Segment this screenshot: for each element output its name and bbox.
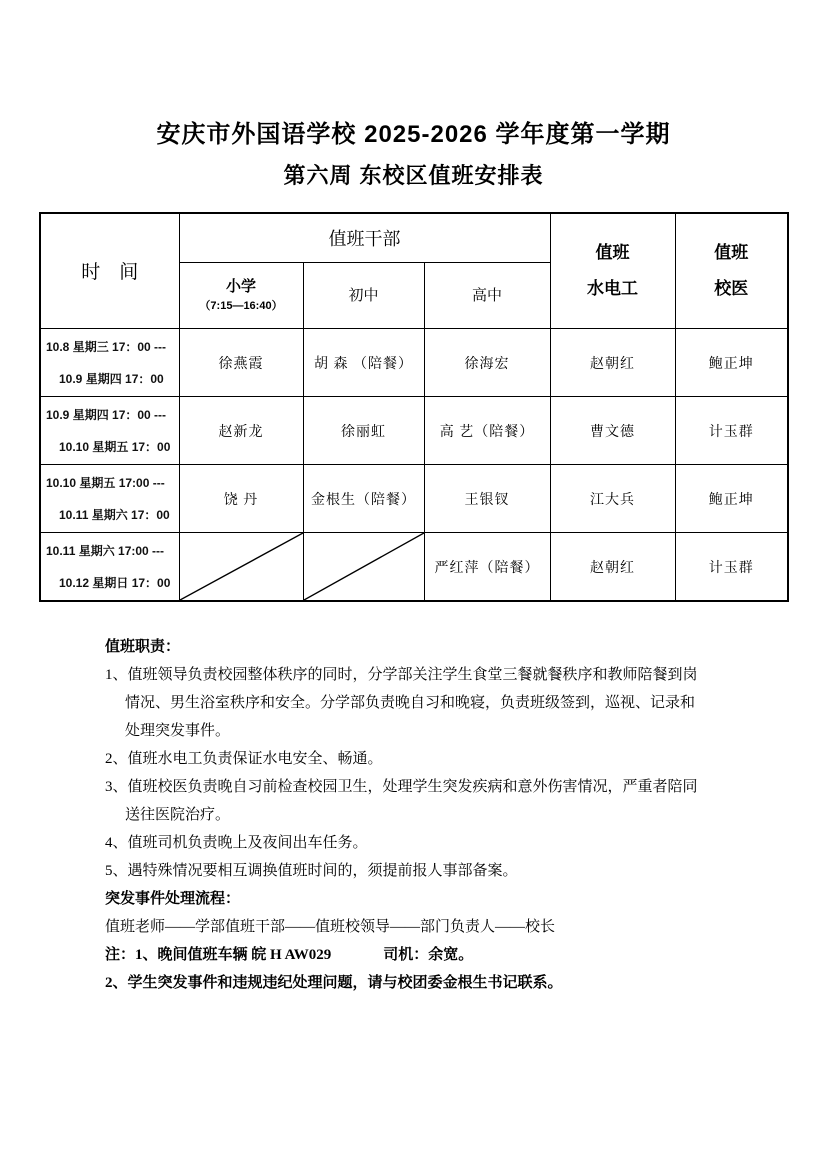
time-line2: 10.10 星期五 17：00 — [46, 438, 177, 455]
electrician-duty-cell: 赵朝红 — [550, 533, 675, 602]
time-cell: 10.11 星期六 17:00 --- 10.12 星期日 17：00 — [40, 533, 179, 602]
time-line2: 10.12 星期日 17：00 — [46, 574, 177, 591]
header-senior-school: 高中 — [424, 263, 550, 329]
header-doctor: 值班 校医 — [675, 213, 788, 329]
time-line1: 10.9 星期四 17：00 --- — [46, 406, 177, 423]
primary-duty-cell: 徐燕霞 — [179, 329, 303, 397]
primary-duty-cell-crossed — [179, 533, 303, 602]
notes-section: 值班职责： 1、值班领导负责校园整体秩序的同时，分学部关注学生食堂三餐就餐秩序和… — [105, 633, 765, 997]
time-line2: 10.9 星期四 17：00 — [46, 370, 177, 387]
diagonal-strikethrough-line — [180, 533, 303, 600]
senior-duty-cell: 徐海宏 — [424, 329, 550, 397]
primary-duty-cell: 饶 丹 — [179, 465, 303, 533]
header-primary-hours: （7:15—16:40） — [180, 299, 303, 314]
header-primary-label: 小学 — [180, 277, 303, 297]
header-duty-cadres: 值班干部 — [179, 213, 550, 263]
diagonal-strikethrough-line — [304, 533, 424, 600]
header-electrician: 值班 水电工 — [550, 213, 675, 329]
duties-heading: 值班职责： — [105, 633, 765, 661]
remark-driver: 司机：余宽。 — [383, 947, 473, 963]
header-primary-school: 小学 （7:15—16:40） — [179, 263, 303, 329]
electrician-duty-cell: 江大兵 — [550, 465, 675, 533]
duty-item-2: 2、值班水电工负责保证水电安全、畅通。 — [105, 745, 703, 773]
header-electrician-line2: 水电工 — [551, 271, 675, 307]
table-row: 10.10 星期五 17:00 --- 10.11 星期六 17：00 饶 丹 … — [40, 465, 788, 533]
senior-duty-cell: 高 艺（陪餐） — [424, 397, 550, 465]
senior-duty-cell: 王银钗 — [424, 465, 550, 533]
doctor-duty-cell: 鲍正坤 — [675, 465, 788, 533]
remark-vehicle: 注：1、晚间值班车辆 皖 H AW029 — [105, 947, 331, 963]
table-row: 10.8 星期三 17：00 --- 10.9 星期四 17：00 徐燕霞 胡 … — [40, 329, 788, 397]
junior-duty-cell: 金根生（陪餐） — [303, 465, 424, 533]
time-line1: 10.8 星期三 17：00 --- — [46, 338, 177, 355]
document-page: 安庆市外国语学校 2025-2026 学年度第一学期 第六周 东校区值班安排表 … — [0, 0, 827, 1169]
header-time: 时 间 — [40, 213, 179, 329]
time-line1: 10.11 星期六 17:00 --- — [46, 542, 177, 559]
doctor-duty-cell: 计玉群 — [675, 397, 788, 465]
remark-line-2: 2、学生突发事件和违规违纪处理问题，请与校团委金根生书记联系。 — [105, 969, 765, 997]
electrician-duty-cell: 赵朝红 — [550, 329, 675, 397]
time-line1: 10.10 星期五 17:00 --- — [46, 474, 177, 491]
duty-item-4: 4、值班司机负责晚上及夜间出车任务。 — [105, 829, 703, 857]
doctor-duty-cell: 鲍正坤 — [675, 329, 788, 397]
header-doctor-line1: 值班 — [676, 235, 788, 271]
table-header-row-1: 时 间 值班干部 值班 水电工 值班 校医 — [40, 213, 788, 263]
page-title: 安庆市外国语学校 2025-2026 学年度第一学期 — [0, 0, 827, 150]
electrician-duty-cell: 曹文德 — [550, 397, 675, 465]
remark-line-1: 注：1、晚间值班车辆 皖 H AW029司机：余宽。 — [105, 941, 765, 969]
junior-duty-cell: 胡 森 （陪餐） — [303, 329, 424, 397]
time-cell: 10.8 星期三 17：00 --- 10.9 星期四 17：00 — [40, 329, 179, 397]
junior-duty-cell-crossed — [303, 533, 424, 602]
duty-item-5: 5、遇特殊情况要相互调换值班时间的，须提前报人事部备案。 — [105, 857, 703, 885]
senior-duty-cell: 严红萍（陪餐） — [424, 533, 550, 602]
duty-item-1: 1、值班领导负责校园整体秩序的同时，分学部关注学生食堂三餐就餐秩序和教师陪餐到岗… — [105, 661, 703, 745]
header-electrician-line1: 值班 — [551, 235, 675, 271]
emergency-flow-heading: 突发事件处理流程： — [105, 885, 765, 913]
time-cell: 10.10 星期五 17:00 --- 10.11 星期六 17：00 — [40, 465, 179, 533]
time-cell: 10.9 星期四 17：00 --- 10.10 星期五 17：00 — [40, 397, 179, 465]
primary-duty-cell: 赵新龙 — [179, 397, 303, 465]
junior-duty-cell: 徐丽虹 — [303, 397, 424, 465]
duty-schedule-table: 时 间 值班干部 值班 水电工 值班 校医 小学 （7:15—16:40） 初中… — [39, 212, 789, 603]
page-subtitle: 第六周 东校区值班安排表 — [0, 162, 827, 190]
duty-item-3: 3、值班校医负责晚自习前检查校园卫生，处理学生突发疾病和意外伤害情况，严重者陪同… — [105, 773, 703, 829]
header-doctor-line2: 校医 — [676, 271, 788, 307]
time-line2: 10.11 星期六 17：00 — [46, 506, 177, 523]
doctor-duty-cell: 计玉群 — [675, 533, 788, 602]
table-row: 10.9 星期四 17：00 --- 10.10 星期五 17：00 赵新龙 徐… — [40, 397, 788, 465]
header-junior-school: 初中 — [303, 263, 424, 329]
table-row: 10.11 星期六 17:00 --- 10.12 星期日 17：00 严红萍（… — [40, 533, 788, 602]
emergency-flow-chain: 值班老师——学部值班干部——值班校领导——部门负责人——校长 — [105, 913, 765, 941]
